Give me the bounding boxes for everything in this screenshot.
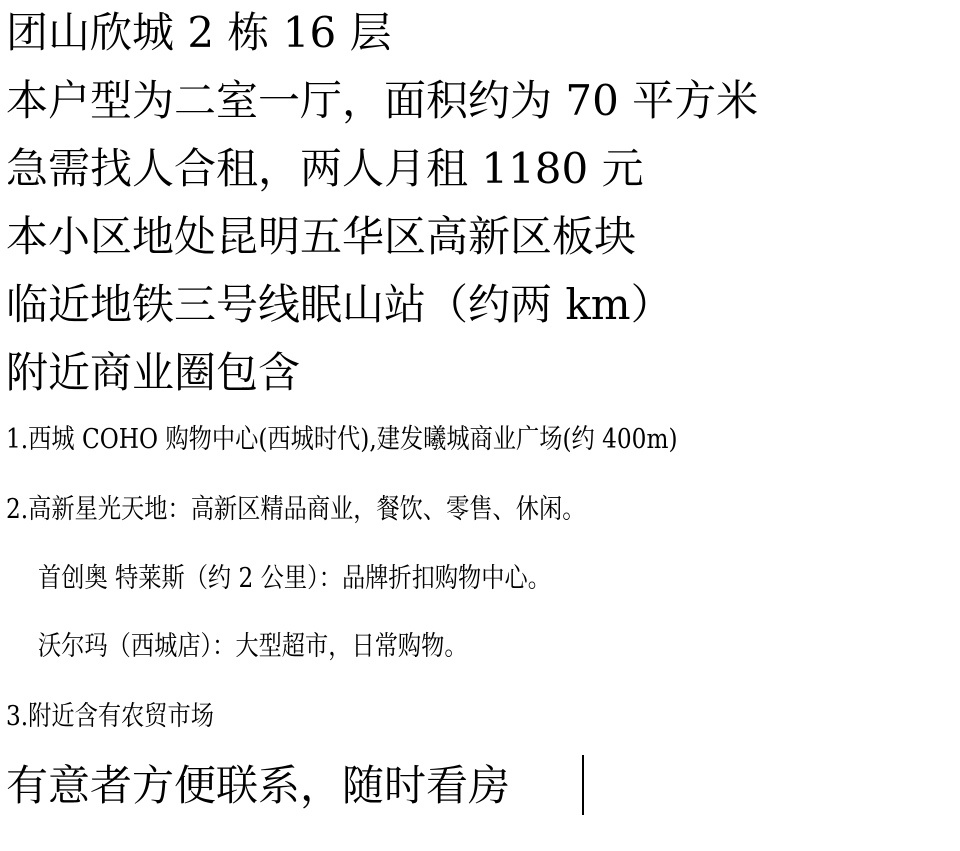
- metro-line: 临近地铁三号线眠山站（约两 km）: [6, 281, 673, 329]
- contact-line: 有意者方便联系，随时看房: [6, 762, 510, 810]
- commerce-heading: 附近商业圈包含: [6, 349, 300, 397]
- list-item-1: 1.西城 COHO 购物中心(西城时代),建发曦城商业广场(约 400m): [6, 424, 678, 456]
- layout-area-line: 本户型为二室一厅，面积约为 70 平方米: [6, 77, 758, 125]
- title-line: 团山欣城 2 栋 16 层: [6, 9, 392, 57]
- list-item-2-sub-1: 首创奥 特莱斯（约 2 公里）：品牌折扣购物中心。: [38, 563, 551, 595]
- location-line: 本小区地处昆明五华区高新区板块: [6, 213, 636, 261]
- list-item-3: 3.附近含有农贸市场: [6, 701, 214, 733]
- rent-line: 急需找人合租，两人月租 1180 元: [6, 145, 644, 193]
- document-page[interactable]: 团山欣城 2 栋 16 层 本户型为二室一厅，面积约为 70 平方米 急需找人合…: [0, 0, 960, 851]
- list-item-2: 2.高新星光天地：高新区精品商业，餐饮、零售、休闲。: [6, 494, 585, 526]
- text-cursor: [582, 755, 584, 815]
- list-item-2-sub-2: 沃尔玛（西城店）：大型超市，日常购物。: [38, 631, 468, 663]
